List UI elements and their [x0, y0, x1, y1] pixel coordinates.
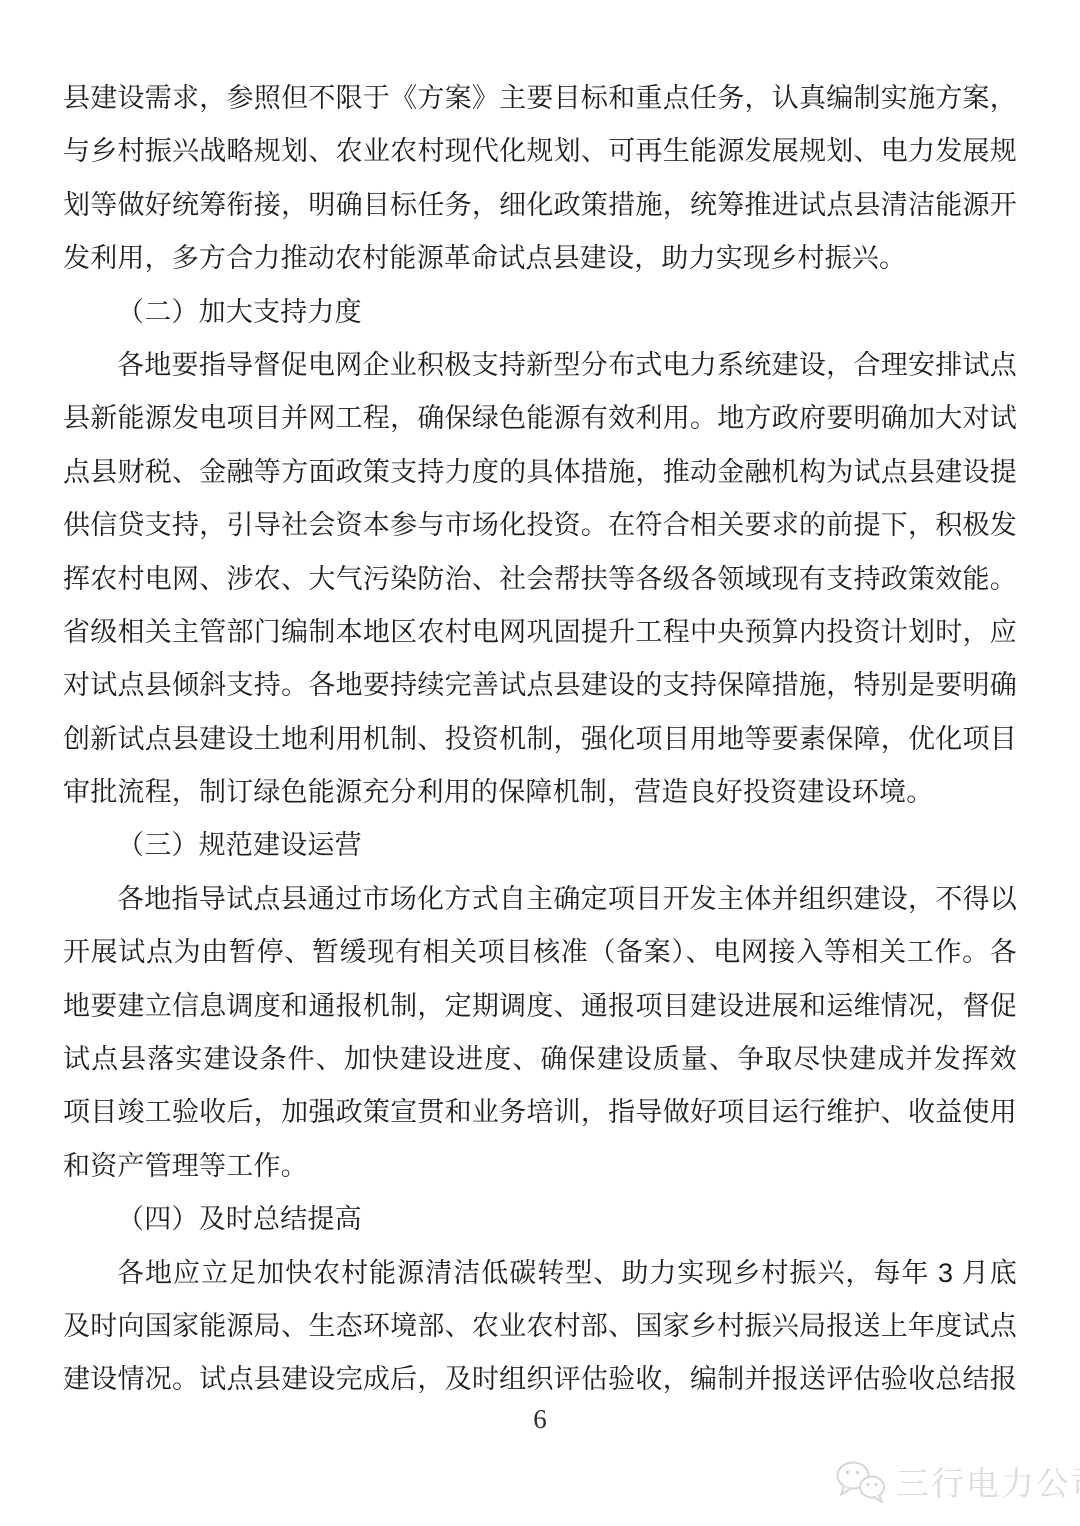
document-page: 县建设需求，参照但不限于《方案》主要目标和重点任务，认真编制实施方案， 与乡村振… — [0, 0, 1080, 1526]
page-number: 6 — [0, 1404, 1080, 1435]
watermark: 三行电力公司 — [834, 1458, 1080, 1505]
doc-line: 审批流程，制订绿色能源充分利用的保障机制，营造良好投资建设环境。 — [63, 766, 1017, 819]
doc-line: 供信贷支持，引导社会资本参与市场化投资。在符合相关要求的前提下，积极发 — [63, 499, 1017, 552]
doc-line: 与乡村振兴战略规划、农业农村现代化规划、可再生能源发展规划、电力发展规 — [63, 125, 1017, 178]
section-heading-3: （三）规范建设运营 — [63, 819, 1017, 872]
doc-line: 各地应立足加快农村能源清洁低碳转型、助力实现乡村振兴，每年 3 月底前 — [63, 1247, 1017, 1300]
doc-line: 地要建立信息调度和通报机制，定期调度、通报项目建设进展和运维情况，督促 — [63, 980, 1017, 1033]
doc-line: 及时向国家能源局、生态环境部、农业农村部、国家乡村振兴局报送上年度试点 — [63, 1300, 1017, 1353]
doc-line: 县新能源发电项目并网工程，确保绿色能源有效利用。地方政府要明确加大对试 — [63, 392, 1017, 445]
doc-line: 点县财税、金融等方面政策支持力度的具体措施，推动金融机构为试点县建设提 — [63, 446, 1017, 499]
doc-line: 开展试点为由暂停、暂缓现有相关项目核准（备案）、电网接入等相关工作。各 — [63, 926, 1017, 979]
doc-line: 项目竣工验收后，加强政策宣贯和业务培训，指导做好项目运行维护、收益使用 — [63, 1086, 1017, 1139]
document-body: 县建设需求，参照但不限于《方案》主要目标和重点任务，认真编制实施方案， 与乡村振… — [63, 72, 1017, 1407]
doc-line: 挥农村电网、涉农、大气污染防治、社会帮扶等各级各领域现有支持政策效能。 — [63, 553, 1017, 606]
doc-line: 各地指导试点县通过市场化方式自主确定项目开发主体并组织建设，不得以 — [63, 873, 1017, 926]
doc-line: 发利用，多方合力推动农村能源革命试点县建设，助力实现乡村振兴。 — [63, 232, 1017, 285]
doc-line: 划等做好统筹衔接，明确目标任务，细化政策措施，统筹推进试点县清洁能源开 — [63, 179, 1017, 232]
section-heading-2: （二）加大支持力度 — [63, 286, 1017, 339]
watermark-label: 三行电力公司 — [896, 1458, 1080, 1505]
doc-line: 省级相关主管部门编制本地区农村电网巩固提升工程中央预算内投资计划时，应 — [63, 606, 1017, 659]
doc-line: 县建设需求，参照但不限于《方案》主要目标和重点任务，认真编制实施方案， — [63, 72, 1017, 125]
section-heading-4: （四）及时总结提高 — [63, 1193, 1017, 1246]
doc-line: 建设情况。试点县建设完成后，及时组织评估验收，编制并报送评估验收总结报 — [63, 1353, 1017, 1406]
wechat-icon — [834, 1459, 888, 1505]
doc-line: 和资产管理等工作。 — [63, 1140, 1017, 1193]
doc-line: 试点县落实建设条件、加快建设进度、确保建设质量、争取尽快建成并发挥效益， — [63, 1033, 1017, 1086]
doc-line: 各地要指导督促电网企业积极支持新型分布式电力系统建设，合理安排试点 — [63, 339, 1017, 392]
doc-line: 创新试点县建设土地利用机制、投资机制，强化项目用地等要素保障，优化项目 — [63, 713, 1017, 766]
doc-line: 对试点县倾斜支持。各地要持续完善试点县建设的支持保障措施，特别是要明确 — [63, 659, 1017, 712]
